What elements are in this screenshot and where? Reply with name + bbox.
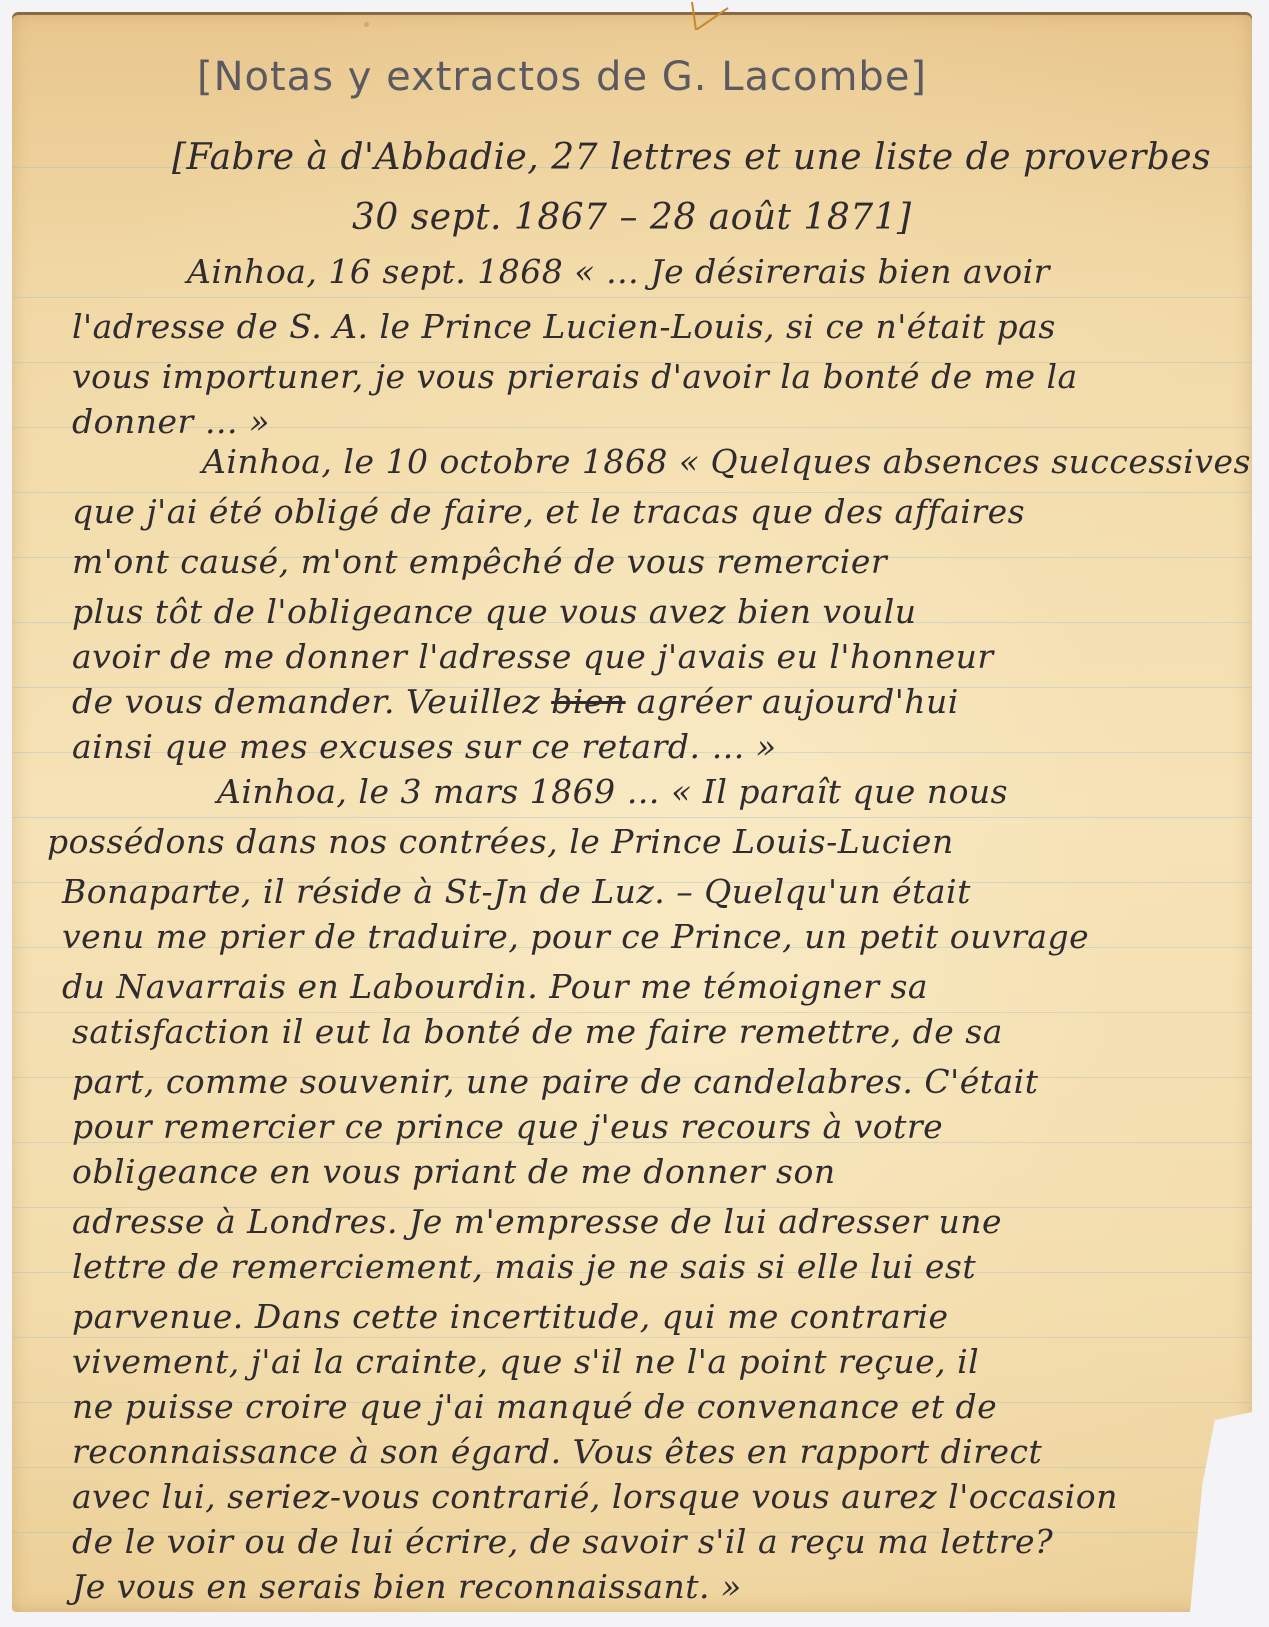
title-line-1: [Fabre à d'Abbadie, 27 lettres et une li… <box>172 137 1211 178</box>
text-line: que j'ai été obligé de faire, et le trac… <box>72 492 1025 531</box>
foxing-spot <box>364 22 369 27</box>
text-line: possédons dans nos contrées, le Prince L… <box>47 822 954 861</box>
text-line: l'adresse de S. A. le Prince Lucien-Loui… <box>72 307 1056 346</box>
text-line: vivement, j'ai la crainte, que s'il ne l… <box>72 1342 979 1381</box>
text-line: Ainhoa, le 10 octobre 1868 « Quelques ab… <box>202 442 1251 481</box>
text-line: avoir de me donner l'adresse que j'avais… <box>72 637 994 676</box>
text-line: Je vous en serais bien reconnaissant. » <box>72 1567 742 1606</box>
text-line: obligeance en vous priant de me donner s… <box>72 1152 836 1191</box>
text-line: vous importuner, je vous prierais d'avoi… <box>72 357 1078 396</box>
text-segment: de vous demander. Veuillez <box>72 682 540 721</box>
text-line: plus tôt de l'obligeance que vous avez b… <box>72 592 917 631</box>
ruled-line <box>12 817 1252 818</box>
text-line: venu me prier de traduire, pour ce Princ… <box>62 917 1089 956</box>
text-line: avec lui, seriez-vous contrarié, lorsque… <box>72 1477 1118 1516</box>
text-line: part, comme souvenir, une paire de cande… <box>72 1062 1039 1101</box>
text-line: de le voir ou de lui écrire, de savoir s… <box>72 1522 1053 1561</box>
text-line: parvenue. Dans cette incertitude, qui me… <box>72 1297 949 1336</box>
foxing-spot <box>1197 1572 1204 1579</box>
text-segment: agréer aujourd'hui <box>637 682 959 721</box>
text-line: donner … » <box>72 402 270 441</box>
ruled-line <box>12 1337 1252 1338</box>
text-line: pour remercier ce prince que j'eus recou… <box>72 1107 943 1146</box>
text-line: adresse à Londres. Je m'empresse de lui … <box>72 1202 1002 1241</box>
text-line: de vous demander. Veuillez bien agréer a… <box>72 682 959 721</box>
ruled-line <box>12 297 1252 298</box>
check-mark-icon <box>690 0 730 30</box>
text-line: Bonaparte, il réside à St-Jn de Luz. – Q… <box>62 872 971 911</box>
text-line: Ainhoa, le 3 mars 1869 … « Il paraît que… <box>217 772 1008 811</box>
text-line: du Navarrais en Labourdin. Pour me témoi… <box>62 967 928 1006</box>
text-line: reconnaissance à son égard. Vous êtes en… <box>72 1432 1042 1471</box>
struck-word: bien <box>551 682 625 721</box>
pencil-note: [Notas y extractos de G. Lacombe] <box>197 54 927 100</box>
title-line-2: 30 sept. 1867 – 28 août 1871] <box>352 197 912 238</box>
text-line: ne puisse croire que j'ai manqué de conv… <box>72 1387 997 1426</box>
manuscript-page: [Notas y extractos de G. Lacombe] [Fabre… <box>12 12 1252 1612</box>
text-line: lettre de remerciement, mais je ne sais … <box>72 1247 976 1286</box>
text-line: ainsi que mes excuses sur ce retard. … » <box>72 727 777 766</box>
text-line: satisfaction il eut la bonté de me faire… <box>72 1012 1003 1051</box>
text-line: Ainhoa, 16 sept. 1868 « … Je désirerais … <box>187 252 1050 291</box>
text-line: m'ont causé, m'ont empêché de vous remer… <box>72 542 887 581</box>
